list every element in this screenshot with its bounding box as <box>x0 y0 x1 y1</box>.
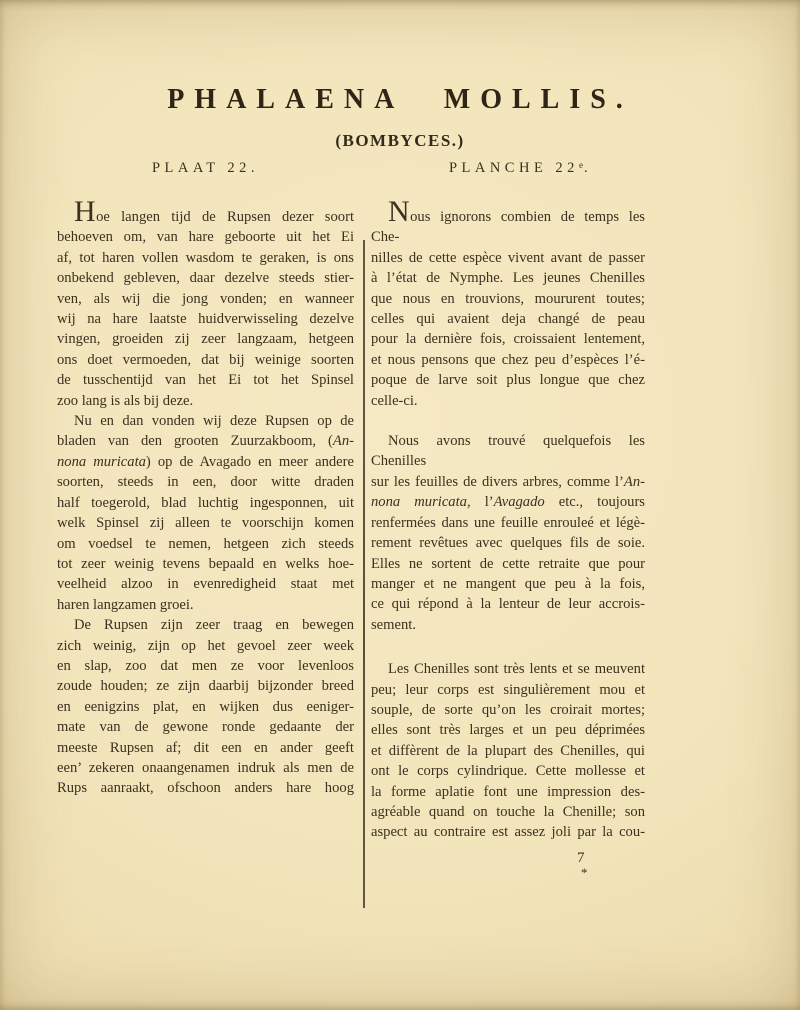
text-run: bladen van den grooten Zuurzakboom, ( <box>57 433 333 449</box>
text-run: haren langzamen groei. <box>57 597 194 613</box>
text-run: ) op de Avagado en meer andere <box>146 454 354 470</box>
text-run: meeste Rupsen af; dit een en ander geeft <box>57 740 354 756</box>
text-line: peu; leur corps est singulièrement mou e… <box>371 680 645 700</box>
text-run: celle-ci. <box>371 393 418 409</box>
text-run: ven, als wij die jong vonden; en wanneer <box>57 291 354 307</box>
text-run: zich weinig, zijn op het gevoel zeer wee… <box>57 638 354 654</box>
text-run: wij na hare laatste huidverwisseling dez… <box>57 311 354 327</box>
text-run: en eenigzins plat, en wijken dus eeniger… <box>57 699 354 715</box>
text-line: onbekend gebleven, daar dezelve steeds s… <box>57 268 354 288</box>
paragraph: Nous avons trouvé quelquefois les Chenil… <box>371 431 645 635</box>
text-run: af, tot haren vollen wasdom te geraken, … <box>57 250 354 266</box>
text-line: Rups aanraakt, ofschoon anders hare hoog <box>57 778 354 798</box>
text-line: la forme aplatie font une impression des… <box>371 782 645 802</box>
text-line: om voedsel te nemen, hetgeen zich steeds <box>57 534 354 554</box>
text-line: nona muricata, l’Avagado etc., toujours <box>371 492 645 512</box>
text-run: ce qui répond à la lenteur de leur accro… <box>371 596 645 612</box>
text-run: à l’état de Nymphe. Les jeunes Chenilles <box>371 270 645 286</box>
text-run: soorten, steeds in een, door witte drade… <box>57 474 354 490</box>
text-run: et diffèrent de la plupart des Chenilles… <box>371 743 645 759</box>
text-line: poque de larve soit plus longue que chez <box>371 370 645 390</box>
text-run: tot zeer weinig tevens bepaald en welks … <box>57 556 354 572</box>
text-run: etc., toujours <box>545 494 645 510</box>
text-line: Nu en dan vonden wij deze Rupsen op de <box>57 411 354 431</box>
paragraph: Hoe langen tijd de Rupsen dezer soortbeh… <box>57 207 354 411</box>
text-line: een’ zekeren onaangenamen indruk als men… <box>57 758 354 778</box>
text-line: wij na hare laatste huidverwisseling dez… <box>57 309 354 329</box>
text-run: oe langen tijd de Rupsen dezer soort <box>96 209 354 225</box>
text-run: een’ zekeren onaangenamen indruk als men… <box>57 760 354 776</box>
text-line: zoude houden; ze zijn daarbij bijzonder … <box>57 676 354 696</box>
text-line: pour la dernière fois, croissaient lente… <box>371 329 645 349</box>
italic-text-run: nona muricata <box>371 494 467 510</box>
text-run: Nous avons trouvé quelquefois les Chenil… <box>371 433 645 469</box>
text-line: renfermées dans une feuille enrouleé et … <box>371 513 645 533</box>
text-run: agréable quand on touche la Chenille; so… <box>371 804 645 820</box>
text-line: tot zeer weinig tevens bepaald en welks … <box>57 554 354 574</box>
text-run: en slap, zoo dat men ze voor levenloos <box>57 658 354 674</box>
text-line: souple, de sorte qu’on les croirait mort… <box>371 700 645 720</box>
text-line: ont le corps cylindrique. Cette mollesse… <box>371 761 645 781</box>
column-divider-rule <box>363 240 365 908</box>
page-title: PHALAENA MOLLIS. <box>0 84 800 116</box>
text-run: De Rupsen zijn zeer traag en bewegen <box>74 617 354 633</box>
text-run: Les Chenilles sont très lents et se meuv… <box>388 661 645 677</box>
text-line: behoeven om, van hare geboorte uit het E… <box>57 227 354 247</box>
text-line: celles qui avaient deja changé de peau <box>371 309 645 329</box>
text-run: onbekend gebleven, daar dezelve steeds s… <box>57 270 354 286</box>
right-header-superscript: e <box>579 160 584 170</box>
text-line: af, tot haren vollen wasdom te geraken, … <box>57 248 354 268</box>
text-line: half toegerold, blad luchtig ingesponnen… <box>57 493 354 513</box>
text-run: poque de larve soit plus longue que chez <box>371 372 645 388</box>
text-run: Elles ne sortent de cette retraite que p… <box>371 556 645 572</box>
text-line: agréable quand on touche la Chenille; so… <box>371 802 645 822</box>
right-column-header: PLANCHE 22e. <box>383 160 658 177</box>
text-run: rement revêtues avec quelques fils de so… <box>371 535 645 551</box>
text-run: sur les feuilles de divers arbres, comme… <box>371 474 624 490</box>
signature-asterisk: * <box>375 863 588 883</box>
text-line: ce qui répond à la lenteur de leur accro… <box>371 594 645 614</box>
right-header-period: . <box>584 160 592 176</box>
text-run: celles qui avaient deja changé de peau <box>371 311 645 327</box>
text-run: ont le corps cylindrique. Cette mollesse… <box>371 763 645 779</box>
text-line: rement revêtues avec quelques fils de so… <box>371 533 645 553</box>
text-run: souple, de sorte qu’on les croirait mort… <box>371 702 645 718</box>
text-line: zoo lang is als bij deze. <box>57 391 354 411</box>
text-run: om voedsel te nemen, hetgeen zich steeds <box>57 536 354 552</box>
text-line: en slap, zoo dat men ze voor levenloos <box>57 656 354 676</box>
text-run: Nu en dan vonden wij deze Rupsen op de <box>74 413 354 429</box>
italic-text-run: Avagado <box>494 494 545 510</box>
text-line: veelheid alzoo in evenredigheid staat me… <box>57 574 354 594</box>
text-run: nilles de cette espèce vivent avant de p… <box>371 250 645 266</box>
text-run: aspect au contraire est assez joli par l… <box>371 824 645 840</box>
text-run: de tusschentijd van het Ei tot het Spins… <box>57 372 354 388</box>
text-run: et nous pensons que chez peu d’espèces l… <box>371 352 645 368</box>
text-line: Nous avons trouvé quelquefois les Chenil… <box>371 431 645 472</box>
text-line: vingen, groeiden zij zeer langzaam, hetg… <box>57 329 354 349</box>
page-subtitle: (BOMBYCES.) <box>0 131 800 151</box>
text-run: peu; leur corps est singulièrement mou e… <box>371 682 645 698</box>
text-run: zoude houden; ze zijn daarbij bijzonder … <box>57 678 354 694</box>
text-line: sement. <box>371 615 645 635</box>
text-run: half toegerold, blad luchtig ingesponnen… <box>57 495 354 511</box>
text-line: meeste Rupsen af; dit een en ander geeft <box>57 738 354 758</box>
text-run: la forme aplatie font une impression des… <box>371 784 645 800</box>
paragraph: Nous ignorons combien de temps les Che-n… <box>371 207 645 411</box>
text-line: de tusschentijd van het Ei tot het Spins… <box>57 370 354 390</box>
text-line: manger et ne mangent que peu à la fois, <box>371 574 645 594</box>
text-line: et diffèrent de la plupart des Chenilles… <box>371 741 645 761</box>
text-run: ons doet vermoeden, dat bij weinige soor… <box>57 352 354 368</box>
text-line: haren langzamen groei. <box>57 595 354 615</box>
text-line: aspect au contraire est assez joli par l… <box>371 822 645 842</box>
paragraph: Les Chenilles sont très lents et se meuv… <box>371 659 645 843</box>
paragraph: De Rupsen zijn zeer traag en bewegenzich… <box>57 615 354 799</box>
text-run: veelheid alzoo in evenredigheid staat me… <box>57 576 354 592</box>
text-line: sur les feuilles de divers arbres, comme… <box>371 472 645 492</box>
text-line: welk Spinsel zij alleen te voorschijn ko… <box>57 513 354 533</box>
text-run: Rups aanraakt, ofschoon anders hare hoog <box>57 780 354 796</box>
text-run: renfermées dans une feuille enrouleé et … <box>371 515 645 531</box>
text-run: welk Spinsel zij alleen te voorschijn ko… <box>57 515 354 531</box>
text-line: ven, als wij die jong vonden; en wanneer <box>57 289 354 309</box>
dutch-text-column: Hoe langen tijd de Rupsen dezer soortbeh… <box>57 207 354 799</box>
text-run: zoo lang is als bij deze. <box>57 393 193 409</box>
text-line: zich weinig, zijn op het gevoel zeer wee… <box>57 636 354 656</box>
text-line: ons doet vermoeden, dat bij weinige soor… <box>57 350 354 370</box>
text-line: Les Chenilles sont très lents et se meuv… <box>371 659 645 679</box>
left-column-header: PLAAT 22. <box>57 160 354 177</box>
text-line: à l’état de Nymphe. Les jeunes Chenilles <box>371 268 645 288</box>
text-run: behoeven om, van hare geboorte uit het E… <box>57 229 354 245</box>
italic-text-run: nona muricata <box>57 454 146 470</box>
text-line: celle-ci. <box>371 391 645 411</box>
french-text-column: Nous ignorons combien de temps les Che-n… <box>371 207 645 889</box>
text-line: et nous pensons que chez peu d’espèces l… <box>371 350 645 370</box>
text-run: ous ignorons combien de temps les Che- <box>371 209 645 245</box>
text-line: que nous en trouvions, moururent toutes; <box>371 289 645 309</box>
text-line: bladen van den grooten Zuurzakboom, (An- <box>57 431 354 451</box>
text-run: manger et ne mangent que peu à la fois, <box>371 576 645 592</box>
text-line: nona muricata) op de Avagado en meer and… <box>57 452 354 472</box>
text-line: elles sont très larges et un peu déprimé… <box>371 720 645 740</box>
text-line: soorten, steeds in een, door witte drade… <box>57 472 354 492</box>
initial-letter: N <box>388 195 410 228</box>
text-line: nilles de cette espèce vivent avant de p… <box>371 248 645 268</box>
text-run: sement. <box>371 617 416 633</box>
italic-text-run: An- <box>333 433 354 449</box>
text-run: elles sont très larges et un peu déprimé… <box>371 722 645 738</box>
text-line: Nous ignorons combien de temps les Che- <box>371 207 645 248</box>
paragraph: Nu en dan vonden wij deze Rupsen op debl… <box>57 411 354 615</box>
text-line: en eenigzins plat, en wijken dus eeniger… <box>57 697 354 717</box>
text-run: vingen, groeiden zij zeer langzaam, hetg… <box>57 331 354 347</box>
text-line: mate van de gewone ronde gedaante der <box>57 717 354 737</box>
text-run: pour la dernière fois, croissaient lente… <box>371 331 645 347</box>
book-page: PHALAENA MOLLIS. (BOMBYCES.) PLAAT 22. P… <box>0 0 800 1010</box>
text-line: Elles ne sortent de cette retraite que p… <box>371 554 645 574</box>
italic-text-run: An- <box>624 474 645 490</box>
signature-mark: 7* <box>371 848 645 889</box>
text-run: , l’ <box>467 494 494 510</box>
text-run: mate van de gewone ronde gedaante der <box>57 719 354 735</box>
right-header-text: PLANCHE 22 <box>449 160 579 176</box>
text-line: De Rupsen zijn zeer traag en bewegen <box>57 615 354 635</box>
text-line: Hoe langen tijd de Rupsen dezer soort <box>57 207 354 227</box>
initial-letter: H <box>74 195 96 228</box>
text-run: que nous en trouvions, moururent toutes; <box>371 291 645 307</box>
